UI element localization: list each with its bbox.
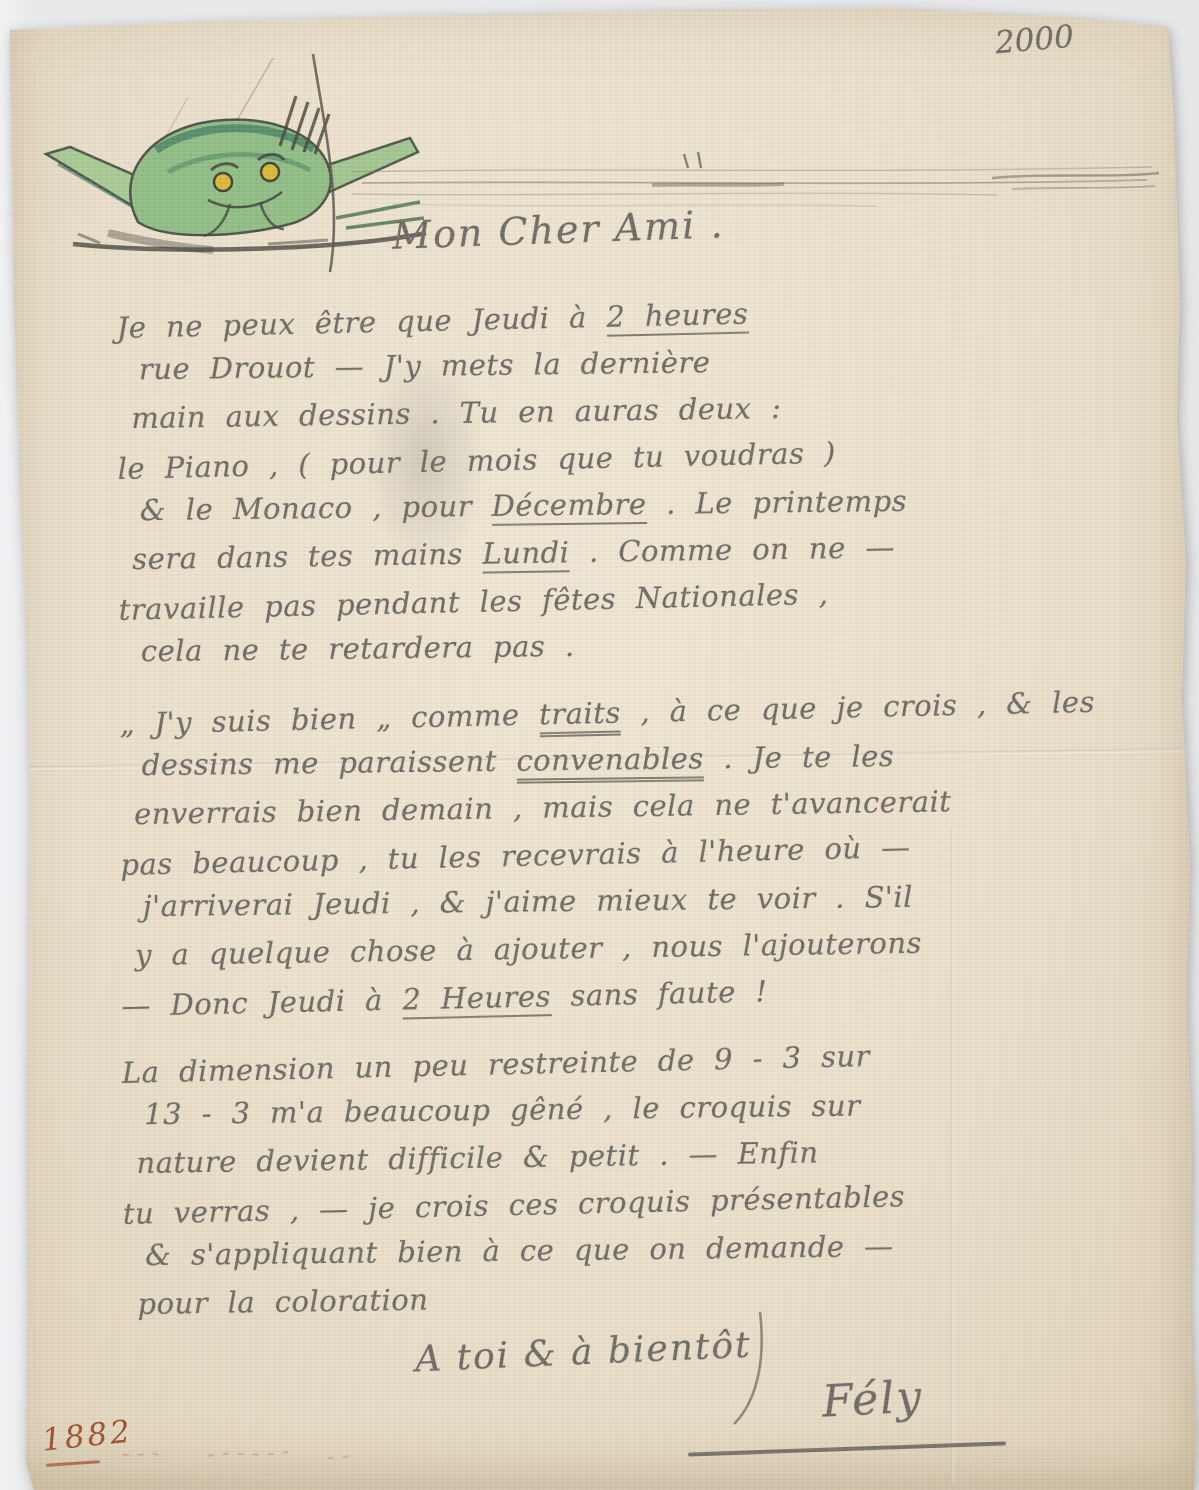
closing-line: A toi & à bientôt: [414, 1325, 752, 1381]
faint-red-scribble: [118, 1440, 408, 1470]
text-segment: tu verras , — je crois ces croquis prése…: [123, 1179, 906, 1231]
paragraph: La dimension un peu restreinte de 9 - 3 …: [120, 1034, 1172, 1323]
text-segment: travaille pas pendant les fêtes National…: [118, 577, 828, 627]
text-segment: rue Drouot — J'y mets la dernière: [139, 345, 711, 386]
underlined-word: Lundi: [482, 535, 570, 573]
paper-shadow: 2000 Mon Cher Ami . Je ne peux être que …: [0, 0, 1199, 1490]
paragraph: „ J'y suis bien „ comme traits , à ce qu…: [117, 685, 1169, 1021]
underlined-word: traits: [539, 696, 622, 738]
text-segment: . Je te les: [704, 739, 895, 775]
text-segment: & s'appliquant bien à ce que on demande …: [145, 1229, 894, 1272]
inventory-number: 2000: [994, 19, 1076, 62]
text-segment: sans faute !: [551, 974, 768, 1013]
text-segment: — Donc Jeudi à: [121, 983, 403, 1023]
text-segment: La dimension un peu restreinte de 9 - 3 …: [122, 1039, 871, 1090]
text-segment: nature devient difficile & petit . — Enf…: [136, 1135, 819, 1180]
text-segment: sera dans tes mains: [132, 537, 483, 576]
text-segment: y a quelque chose à ajouter , nous l'ajo…: [135, 926, 922, 972]
text-segment: enverrais bien demain , mais cela ne t'a…: [134, 784, 952, 831]
underlined-word: Décembre: [491, 487, 646, 526]
text-segment: 13 - 3 m'a beaucoup gêné , le croquis su…: [144, 1088, 861, 1131]
letter-body: Je ne peux être que Jeudi à 2 heuresrue …: [114, 289, 1171, 1323]
text-segment: cela ne te retardera pas .: [141, 629, 575, 668]
text-segment: & le Monaco , pour: [140, 489, 492, 527]
text-segment: dessins me paraissent: [141, 744, 516, 783]
letter-paper: 2000 Mon Cher Ami . Je ne peux être que …: [0, 0, 1199, 1490]
text-segment: . Le printemps: [646, 484, 907, 521]
underlined-word: 2 heures: [606, 297, 749, 337]
signature-underline: [688, 1441, 1006, 1456]
scanned-letter-page: 2000 Mon Cher Ami . Je ne peux être que …: [0, 0, 1199, 1490]
text-segment: pas beaucoup , tu les recevrais à l'heur…: [120, 830, 911, 882]
text-segment: main aux dessins . Tu en auras deux :: [131, 391, 782, 435]
text-segment: pour la coloration: [137, 1282, 428, 1321]
text-segment: j'arriverai Jeudi , & j'aime mieux te vo…: [142, 880, 913, 923]
text-segment: le Piano , ( pour le mois que tu voudras…: [117, 436, 836, 486]
text-segment: Je ne peux être que Jeudi à: [116, 300, 606, 345]
pencil-flourish: [728, 1312, 768, 1432]
text-segment: , à ce que je crois , & les: [620, 685, 1095, 730]
year-underline: [46, 1460, 100, 1467]
underlined-word: 2 Heures: [402, 979, 551, 1019]
underlined-word: convenables: [516, 741, 704, 783]
signature: Fély: [821, 1371, 925, 1427]
text-segment: „ J'y suis bien „ comme: [119, 697, 539, 741]
paragraph: Je ne peux être que Jeudi à 2 heuresrue …: [114, 289, 1167, 672]
text-segment: . Comme on ne —: [569, 530, 895, 569]
